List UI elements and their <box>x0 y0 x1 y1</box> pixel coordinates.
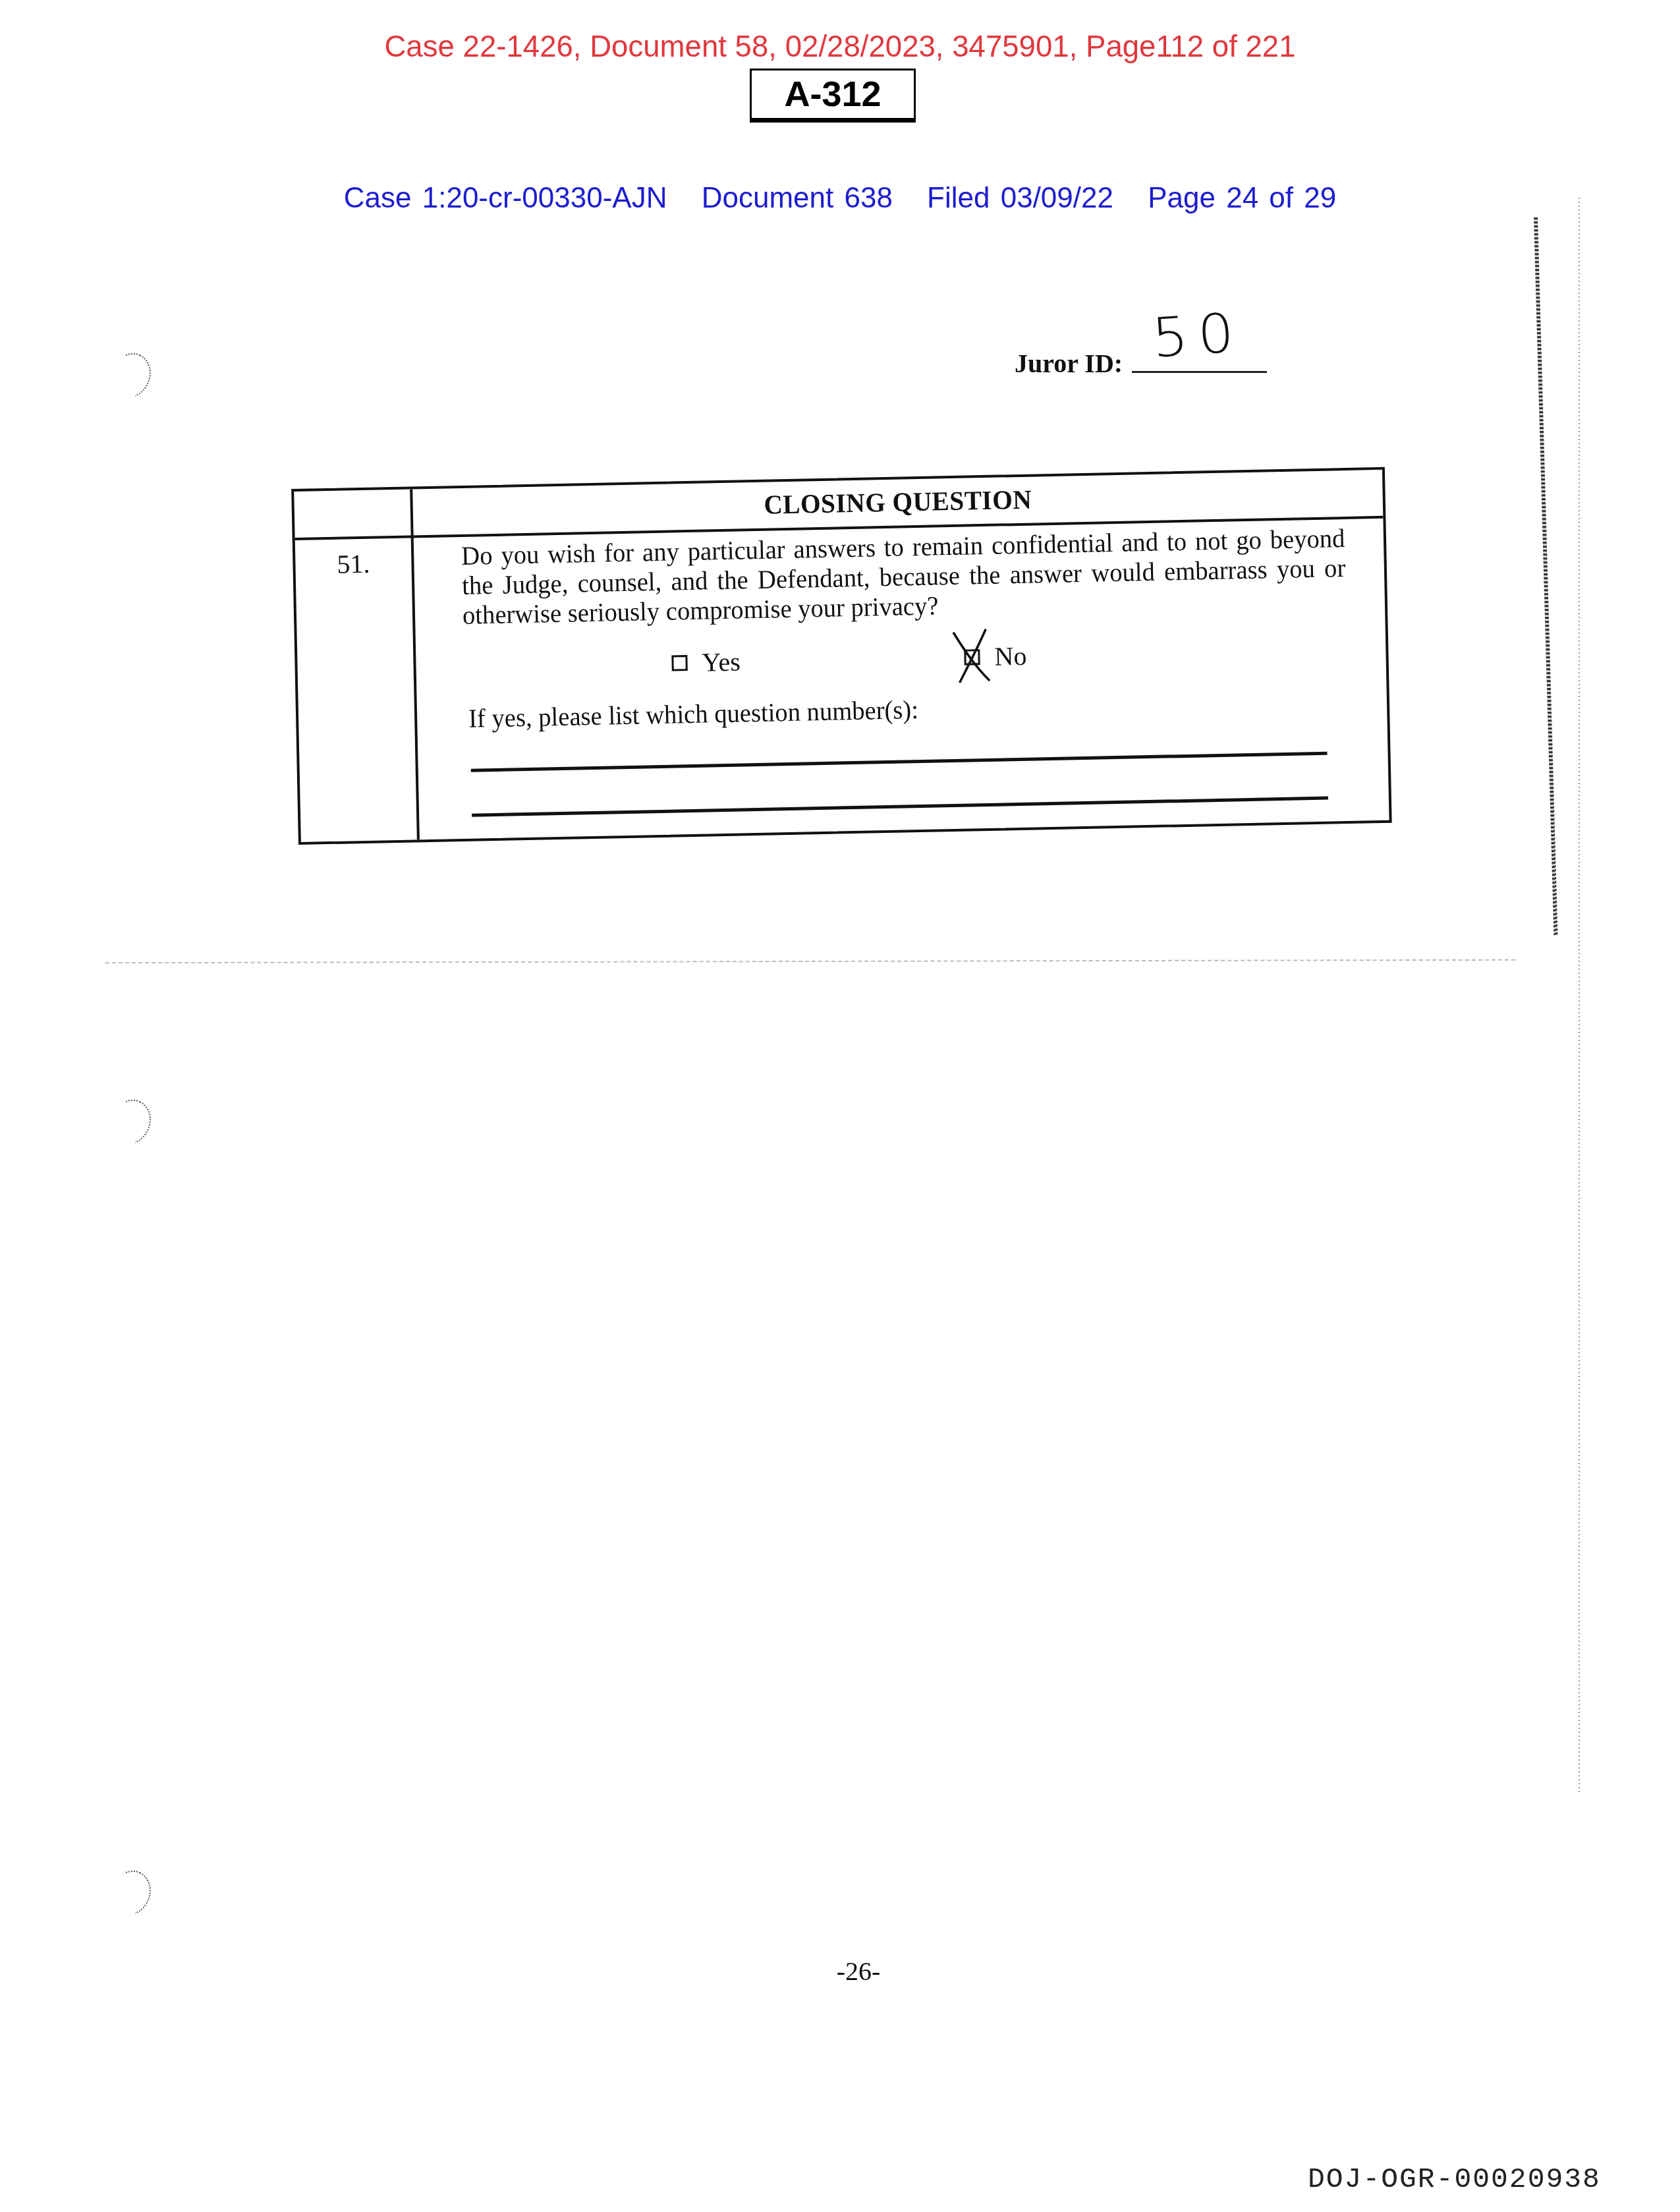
exhibit-label-box: A-312 <box>750 69 916 123</box>
bates-number: DOJ-OGR-00020938 <box>1308 2163 1601 2196</box>
appellate-case-header: Case 22-1426, Document 58, 02/28/2023, 3… <box>25 28 1655 64</box>
juror-id-underline <box>1132 371 1267 373</box>
section-title: CLOSING QUESTION <box>432 476 1364 526</box>
hole-punch-mark <box>103 347 158 405</box>
district-filed-date: Filed 03/09/22 <box>927 182 1113 214</box>
district-page-count: Page 24 of 29 <box>1148 182 1336 214</box>
option-yes-label: Yes <box>702 646 741 677</box>
option-yes[interactable]: Yes <box>671 646 741 678</box>
closing-question-table: CLOSING QUESTION 51. Do you wish for any… <box>291 467 1392 845</box>
handwritten-x-mark-icon <box>950 628 996 683</box>
district-case-header: Case 1:20-cr-00330-AJN Document 638 File… <box>0 182 1680 215</box>
juror-id-value: 50 <box>1150 301 1246 370</box>
question-text: Do you wish for any particular answers t… <box>461 523 1347 630</box>
hole-punch-mark <box>103 1864 158 1923</box>
district-case-number: Case 1:20-cr-00330-AJN <box>344 182 667 214</box>
juror-id-label: Juror ID: <box>1015 348 1123 379</box>
scan-fold-line <box>105 959 1515 963</box>
hole-punch-mark <box>103 1093 158 1152</box>
answer-line-1[interactable] <box>471 752 1328 772</box>
scan-edge-faint <box>1579 198 1580 1792</box>
question-number: 51. <box>295 547 412 581</box>
option-no[interactable]: No <box>964 640 1027 673</box>
scan-edge-streak <box>1534 217 1557 936</box>
answer-line-2[interactable] <box>472 797 1328 817</box>
answer-options: Yes No <box>297 627 1386 688</box>
option-no-label: No <box>994 640 1027 672</box>
district-document-number: Document 638 <box>702 182 893 214</box>
checkbox-yes[interactable] <box>671 655 687 671</box>
table-frame: CLOSING QUESTION 51. Do you wish for any… <box>291 467 1392 845</box>
followup-prompt: If yes, please list which question numbe… <box>468 694 919 734</box>
checkbox-no[interactable] <box>964 649 980 665</box>
page-number: -26- <box>0 1956 1680 1987</box>
